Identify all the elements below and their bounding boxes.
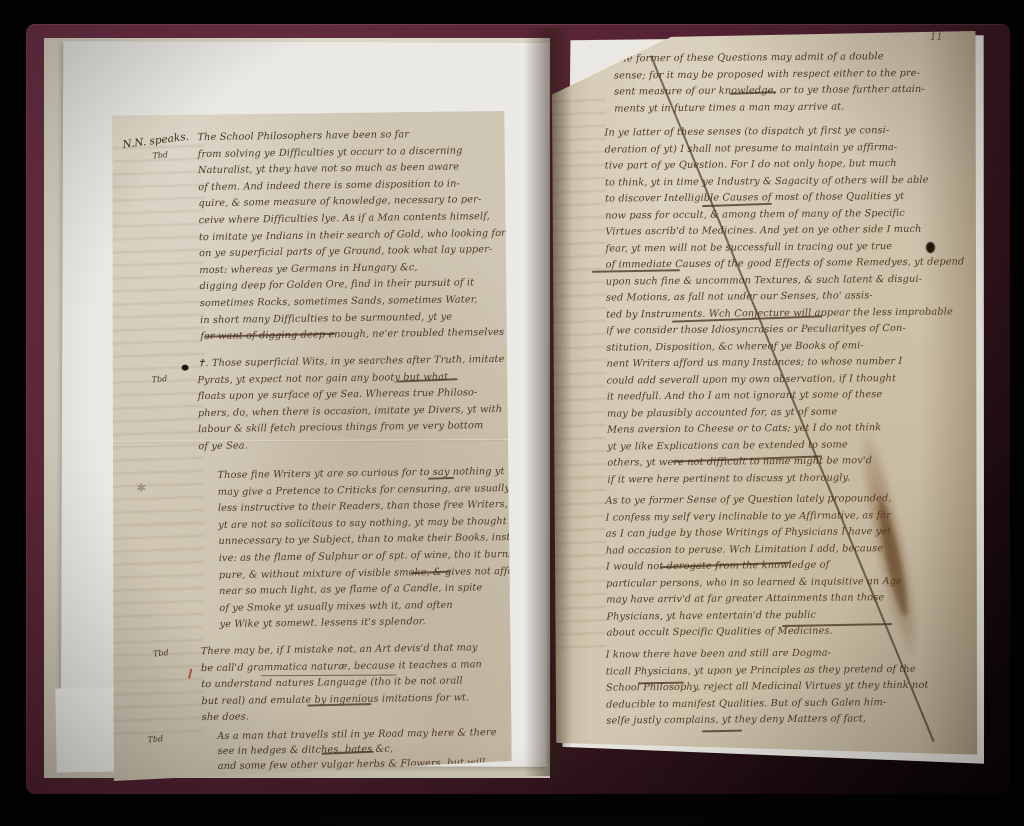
handwritten-paragraph: There may be, if I mistake not, an Art d… [201, 639, 512, 727]
margin-mark: Tbd [153, 648, 169, 658]
margin-mark: Tbd [152, 150, 168, 160]
right-manuscript-page: Tbd. 11 The former of these Questions ma… [552, 28, 978, 768]
margin-mark: Tbd [151, 374, 167, 384]
gutter-shadow [524, 28, 572, 776]
handwritten-paragraph: In ye latter of these senses (to dispatc… [604, 122, 967, 488]
left-manuscript-leaf: N.N. speaks. Tbd The School Philosophers… [108, 111, 511, 781]
pencil-asterisk: ✱ [136, 481, 146, 495]
handwritten-paragraph: ✝. Those superficial Wits, in ye searche… [197, 351, 512, 456]
handwritten-paragraph: The former of these Questions may admit … [614, 48, 975, 117]
guard-sheet-corner [55, 687, 118, 772]
margin-mark: Tbd [147, 734, 163, 744]
ink-blot [926, 242, 935, 253]
handwritten-paragraph: The School Philosophers have been so far… [197, 125, 511, 346]
ink-dot [182, 365, 189, 371]
page-number: 11 [930, 32, 943, 43]
manuscript-photo: N.N. speaks. Tbd The School Philosophers… [0, 0, 1024, 826]
handwritten-paragraph: Those fine Writers yt are so curious for… [217, 463, 511, 634]
strikethrough-mark [702, 730, 742, 732]
